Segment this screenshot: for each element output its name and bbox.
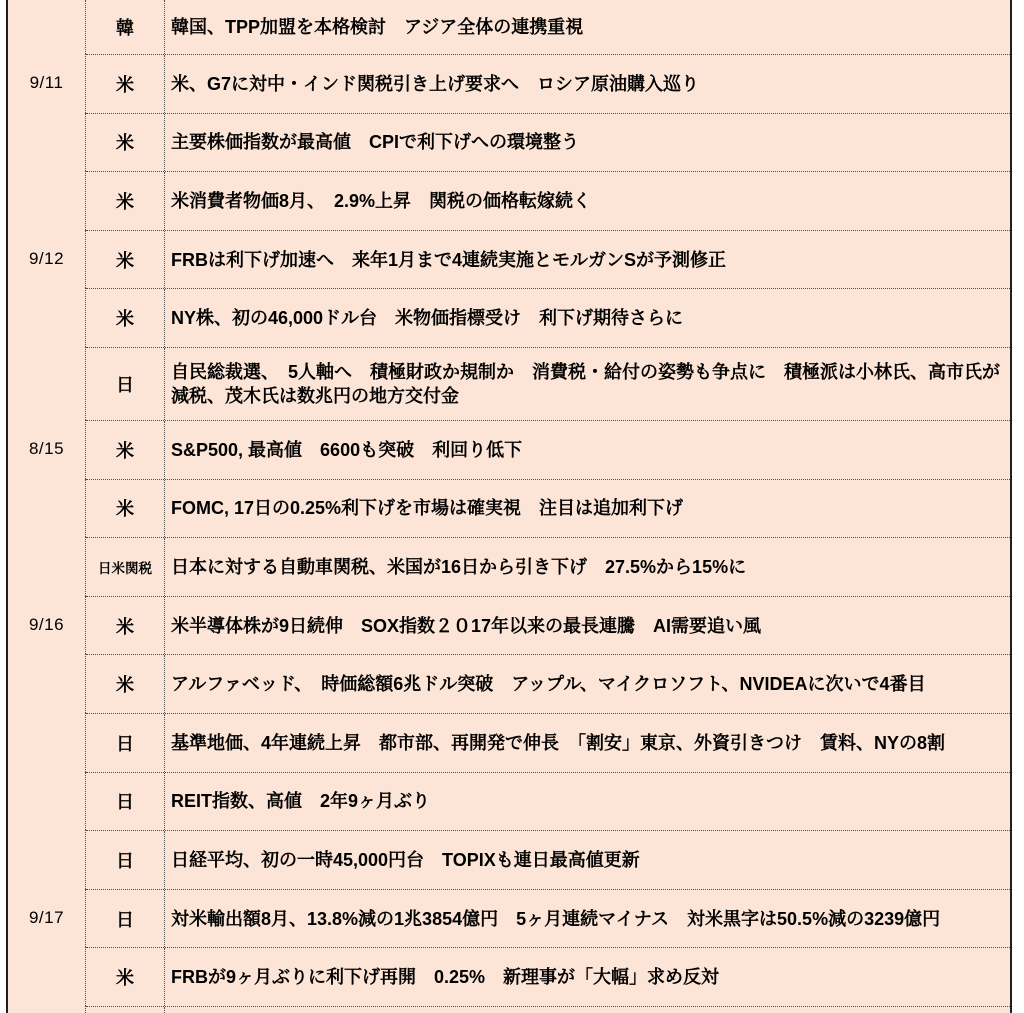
- headline-cell: FRBは利下げ加速へ 来年1月まで4連続実施とモルガンSが予測修正: [165, 231, 1010, 289]
- row-body: 日 自民総裁選、 5人軸へ 積極財政か規制か 消費税・給付の姿勢も争点に 積極派…: [86, 347, 1010, 420]
- table-row: 米 主要株価指数が最高値 CPIで利下げへの環境整う: [8, 113, 1010, 172]
- country-cell: 米: [86, 655, 165, 713]
- country-cell: 米: [86, 948, 165, 1006]
- row-body: 日 対米輸出額8月、13.8%減の1兆3854億円 5ヶ月連続マイナス 対米黒字…: [86, 889, 1010, 948]
- country-cell: 日: [86, 831, 165, 889]
- table-row: 9/11 米 米、G7に対中・インド関税引き上げ要求へ ロシア原油購入巡り: [8, 54, 1010, 113]
- table-row: 米 FOMC, 17日の0.25%利下げを市場は確実視 注目は追加利下げ: [8, 479, 1010, 538]
- table-row: 米 FRBが9ヶ月ぶりに利下げ再開 0.25% 新理事が「大幅」求め反対: [8, 947, 1010, 1006]
- date-cell: [8, 947, 86, 1006]
- news-headline-table-screenshot: 韓 韓国、TPP加盟を本格検討 アジア全体の連携重視 9/11 米 米、G7に対…: [0, 0, 1024, 1013]
- country-cell: 米: [86, 114, 165, 172]
- country-cell: 米: [86, 480, 165, 538]
- date-cell: [8, 0, 86, 54]
- row-body: 韓 韓国、TPP加盟を本格検討 アジア全体の連携重視: [86, 0, 1010, 54]
- row-body: 米 FOMC, 17日の0.25%利下げを市場は確実視 注目は追加利下げ: [86, 479, 1010, 538]
- table-row: 日 REIT指数、高値 2年9ヶ月ぶり: [8, 772, 1010, 831]
- country-cell: 米: [86, 231, 165, 289]
- date-cell: 9/12: [8, 230, 86, 289]
- headline-cell: FOMC, 17日の0.25%利下げを市場は確実視 注目は追加利下げ: [165, 480, 1010, 538]
- date-cell: [8, 1006, 86, 1013]
- table-row: 9/12 米 FRBは利下げ加速へ 来年1月まで4連続実施とモルガンSが予測修正: [8, 230, 1010, 289]
- row-body: [86, 1006, 1010, 1013]
- headline-cell: FRBが9ヶ月ぶりに利下げ再開 0.25% 新理事が「大幅」求め反対: [165, 948, 1010, 1006]
- headline-cell: 自民総裁選、 5人軸へ 積極財政か規制か 消費税・給付の姿勢も争点に 積極派は小…: [165, 348, 1010, 420]
- date-cell: [8, 113, 86, 172]
- headline-cell: 日経平均、初の一時45,000円台 TOPIXも連日最高値更新: [165, 831, 1010, 889]
- country-cell: 米: [86, 55, 165, 113]
- table-row: [8, 1006, 1010, 1013]
- table-row: 米 アルファベッド、 時価総額6兆ドル突破 アップル、マイクロソフト、NVIDE…: [8, 654, 1010, 713]
- date-cell: 9/17: [8, 889, 86, 948]
- date-cell: 8/15: [8, 420, 86, 479]
- row-body: 日 日経平均、初の一時45,000円台 TOPIXも連日最高値更新: [86, 830, 1010, 889]
- row-body: 米 アルファベッド、 時価総額6兆ドル突破 アップル、マイクロソフト、NVIDE…: [86, 654, 1010, 713]
- table-row: 日 自民総裁選、 5人軸へ 積極財政か規制か 消費税・給付の姿勢も争点に 積極派…: [8, 347, 1010, 420]
- country-cell: [86, 1007, 165, 1013]
- headline-cell: 日本に対する自動車関税、米国が16日から引き下げ 27.5%から15%に: [165, 538, 1010, 596]
- date-cell: 9/16: [8, 596, 86, 655]
- country-cell: 日: [86, 890, 165, 948]
- date-cell: [8, 830, 86, 889]
- table-row: 9/16 米 米半導体株が9日続伸 SOX指数２０17年以来の最長連騰 AI需要…: [8, 596, 1010, 655]
- country-cell: 米: [86, 421, 165, 479]
- country-cell: 日米関税: [86, 538, 165, 596]
- headline-cell: 米半導体株が9日続伸 SOX指数２０17年以来の最長連騰 AI需要追い風: [165, 597, 1010, 655]
- table-row: 日 基準地価、4年連続上昇 都市部、再開発で伸長 「割安」東京、外資引きつけ 賃…: [8, 713, 1010, 772]
- row-body: 米 FRBが9ヶ月ぶりに利下げ再開 0.25% 新理事が「大幅」求め反対: [86, 947, 1010, 1006]
- table-row: 米 米消費者物価8月、 2.9%上昇 関税の価格転嫁続く: [8, 171, 1010, 230]
- headline-cell: 対米輸出額8月、13.8%減の1兆3854億円 5ヶ月連続マイナス 対米黒字は5…: [165, 890, 1010, 948]
- country-cell: 米: [86, 289, 165, 347]
- country-cell: 韓: [86, 0, 165, 54]
- row-body: 米 S&P500, 最高値 6600も突破 利回り低下: [86, 420, 1010, 479]
- headline-cell: REIT指数、高値 2年9ヶ月ぶり: [165, 773, 1010, 831]
- country-cell: 米: [86, 597, 165, 655]
- row-body: 米 NY株、初の46,000ドル台 米物価指標受け 利下げ期待さらに: [86, 288, 1010, 347]
- headline-cell: 米、G7に対中・インド関税引き上げ要求へ ロシア原油購入巡り: [165, 55, 1010, 113]
- headline-cell: アルファベッド、 時価総額6兆ドル突破 アップル、マイクロソフト、NVIDEAに…: [165, 655, 1010, 713]
- date-cell: [8, 171, 86, 230]
- headline-cell: 米消費者物価8月、 2.9%上昇 関税の価格転嫁続く: [165, 172, 1010, 230]
- row-body: 米 FRBは利下げ加速へ 来年1月まで4連続実施とモルガンSが予測修正: [86, 230, 1010, 289]
- date-cell: [8, 288, 86, 347]
- country-cell: 米: [86, 172, 165, 230]
- headline-cell: S&P500, 最高値 6600も突破 利回り低下: [165, 421, 1010, 479]
- table-row: 米 NY株、初の46,000ドル台 米物価指標受け 利下げ期待さらに: [8, 288, 1010, 347]
- country-cell: 日: [86, 714, 165, 772]
- row-body: 米 米消費者物価8月、 2.9%上昇 関税の価格転嫁続く: [86, 171, 1010, 230]
- row-body: 米 主要株価指数が最高値 CPIで利下げへの環境整う: [86, 113, 1010, 172]
- table-row: 日 日経平均、初の一時45,000円台 TOPIXも連日最高値更新: [8, 830, 1010, 889]
- news-table: 韓 韓国、TPP加盟を本格検討 アジア全体の連携重視 9/11 米 米、G7に対…: [6, 0, 1012, 1013]
- table-row: 9/17 日 対米輸出額8月、13.8%減の1兆3854億円 5ヶ月連続マイナス…: [8, 889, 1010, 948]
- row-body: 米 米半導体株が9日続伸 SOX指数２０17年以来の最長連騰 AI需要追い風: [86, 596, 1010, 655]
- row-body: 日 REIT指数、高値 2年9ヶ月ぶり: [86, 772, 1010, 831]
- headline-cell: 韓国、TPP加盟を本格検討 アジア全体の連携重視: [165, 0, 1010, 54]
- date-cell: [8, 537, 86, 596]
- row-body: 日米関税 日本に対する自動車関税、米国が16日から引き下げ 27.5%から15%…: [86, 537, 1010, 596]
- headline-cell: 主要株価指数が最高値 CPIで利下げへの環境整う: [165, 114, 1010, 172]
- row-body: 日 基準地価、4年連続上昇 都市部、再開発で伸長 「割安」東京、外資引きつけ 賃…: [86, 713, 1010, 772]
- table-row: 日米関税 日本に対する自動車関税、米国が16日から引き下げ 27.5%から15%…: [8, 537, 1010, 596]
- date-cell: [8, 713, 86, 772]
- date-cell: [8, 347, 86, 420]
- country-cell: 日: [86, 773, 165, 831]
- headline-cell: [165, 1007, 1010, 1013]
- country-cell: 日: [86, 348, 165, 420]
- headline-cell: 基準地価、4年連続上昇 都市部、再開発で伸長 「割安」東京、外資引きつけ 賃料、…: [165, 714, 1010, 772]
- date-cell: 9/11: [8, 54, 86, 113]
- date-cell: [8, 479, 86, 538]
- headline-cell: NY株、初の46,000ドル台 米物価指標受け 利下げ期待さらに: [165, 289, 1010, 347]
- date-cell: [8, 654, 86, 713]
- row-body: 米 米、G7に対中・インド関税引き上げ要求へ ロシア原油購入巡り: [86, 54, 1010, 113]
- date-cell: [8, 772, 86, 831]
- table-row: 8/15 米 S&P500, 最高値 6600も突破 利回り低下: [8, 420, 1010, 479]
- table-row: 韓 韓国、TPP加盟を本格検討 アジア全体の連携重視: [8, 0, 1010, 54]
